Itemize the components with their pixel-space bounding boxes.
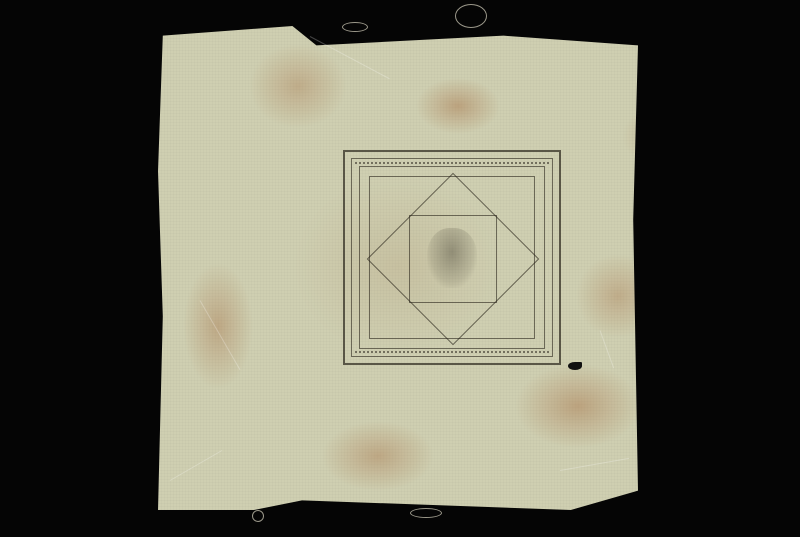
- ink-mark: [568, 362, 582, 370]
- printed-square-design: [343, 150, 561, 365]
- central-figure: [427, 228, 477, 288]
